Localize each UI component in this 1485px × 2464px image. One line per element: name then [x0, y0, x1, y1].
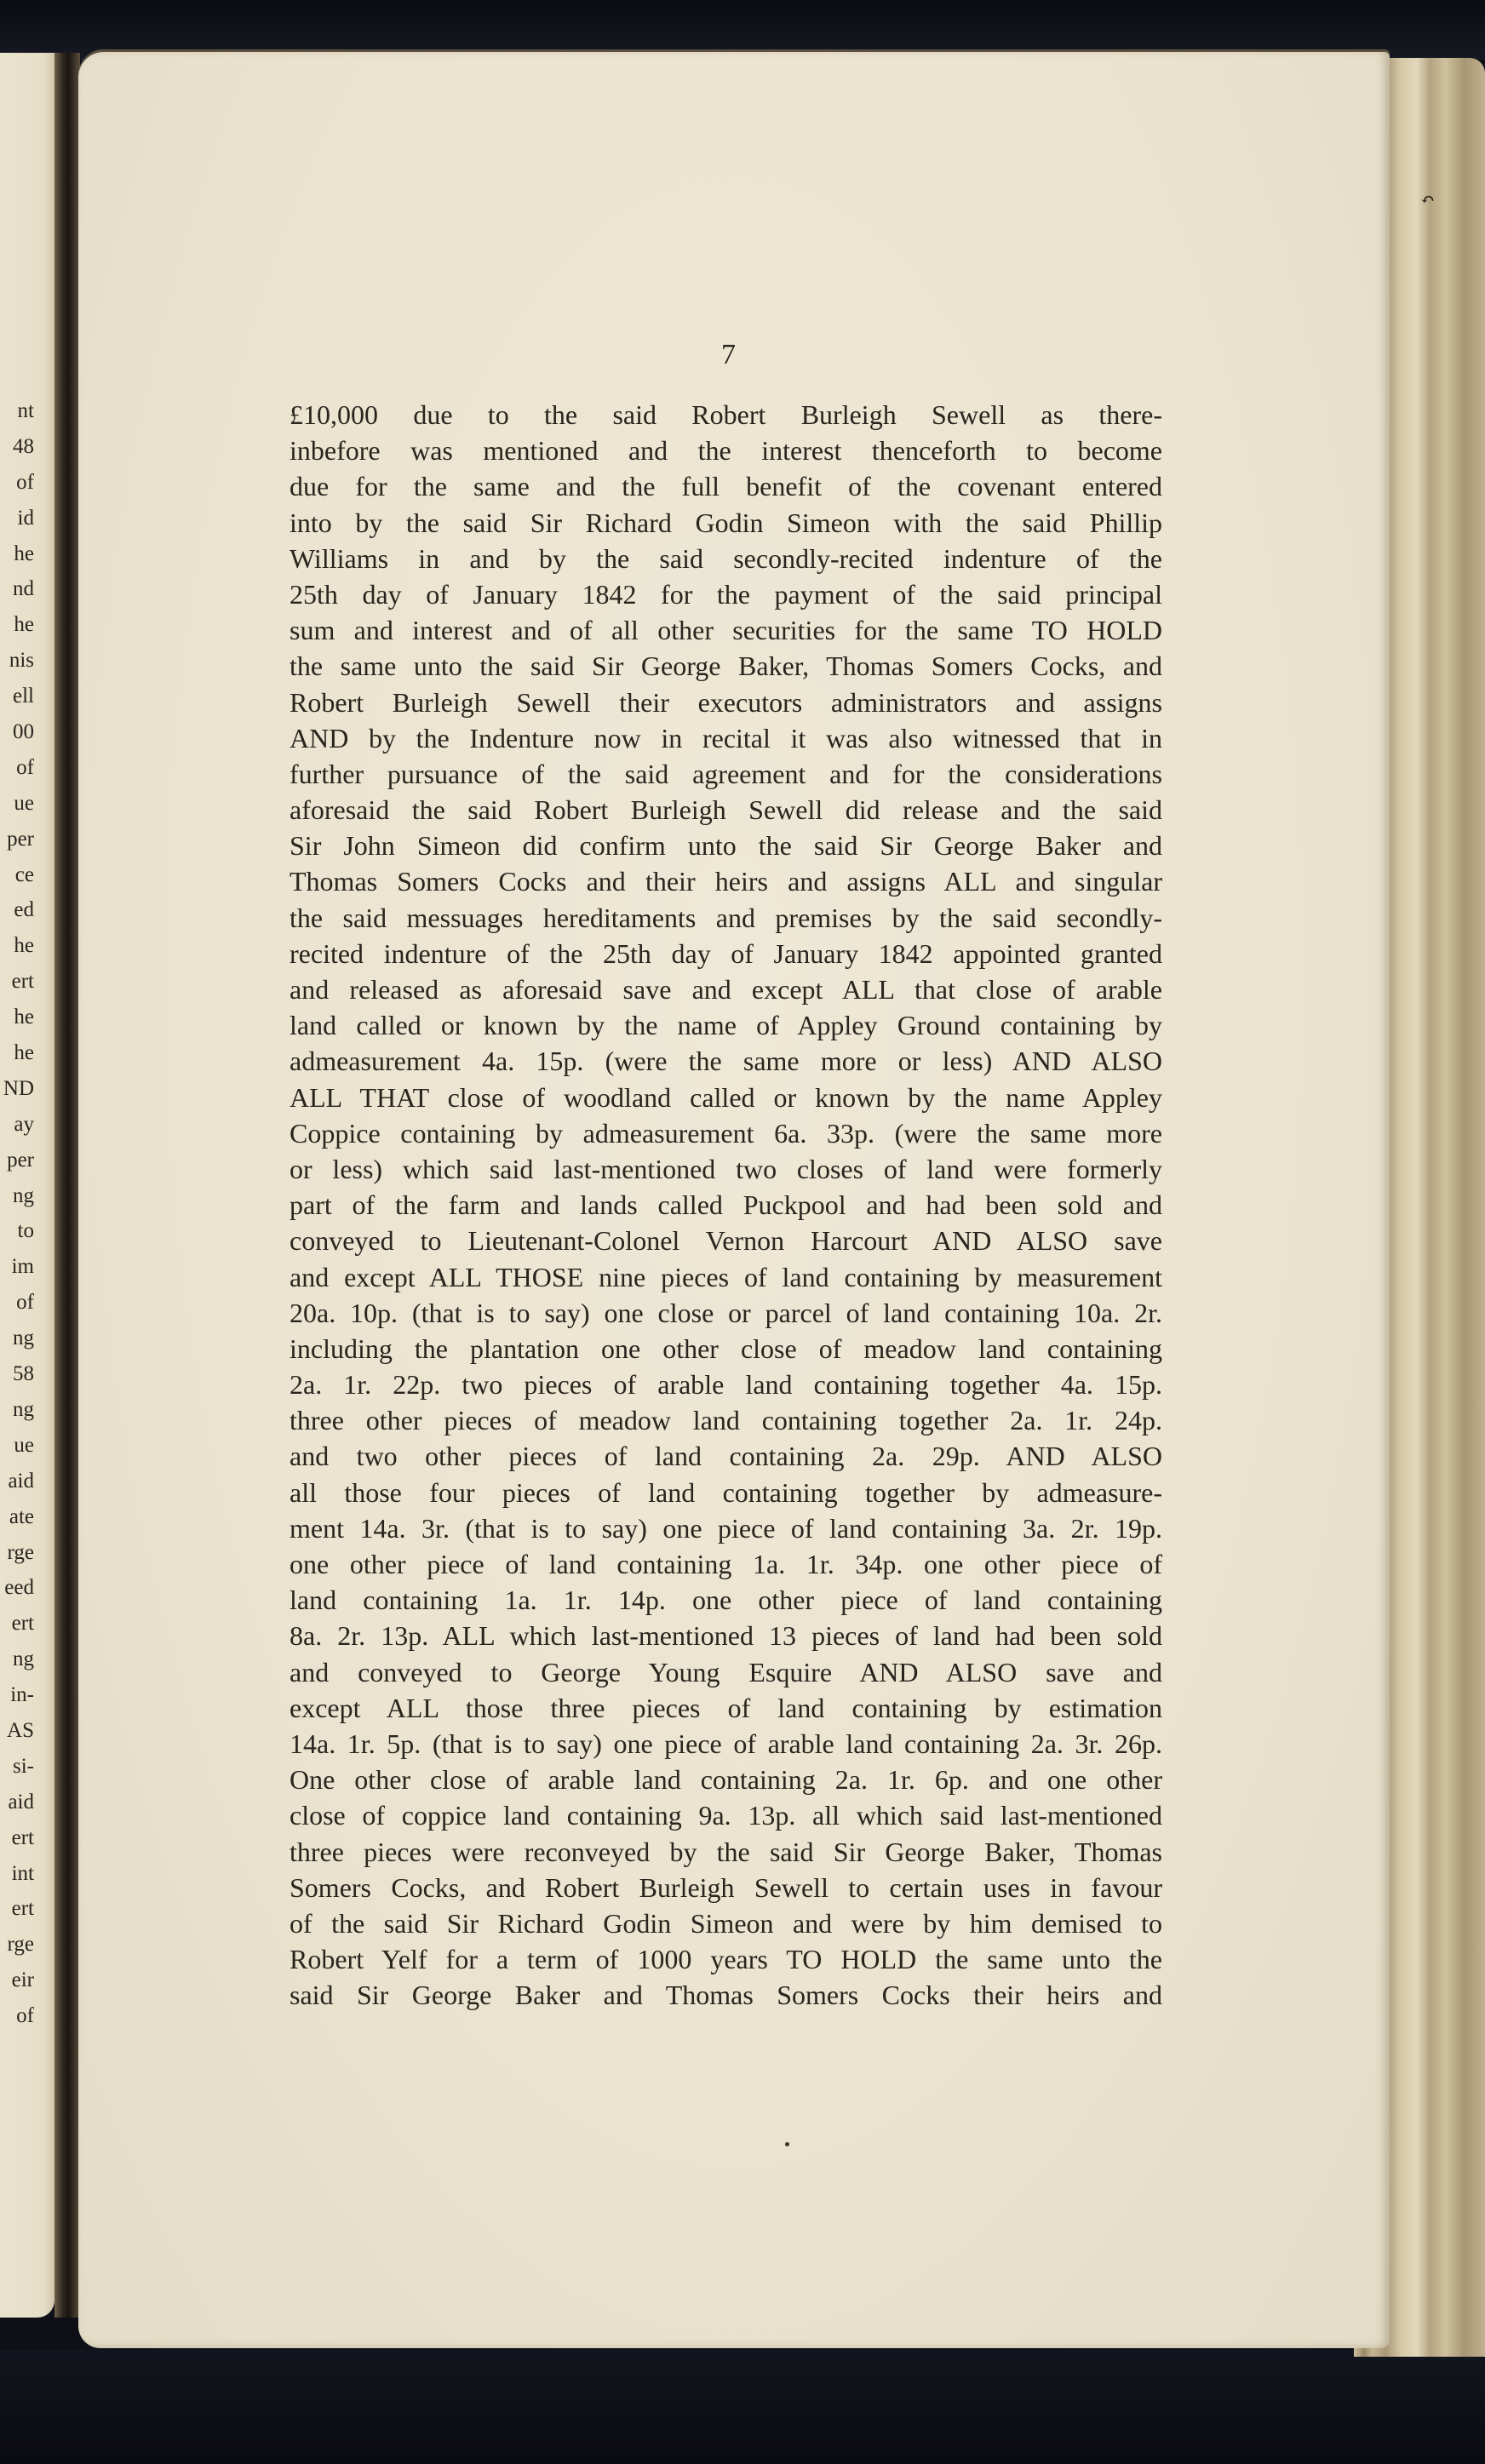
- text-line: Sir John Simeon did confirm unto the sai…: [290, 828, 1162, 863]
- text-line: land called or known by the name of Appl…: [290, 1007, 1162, 1043]
- previous-page-line-fragment: ert: [0, 1891, 34, 1927]
- text-line: and except ALL THOSE nine pieces of land…: [290, 1259, 1162, 1295]
- text-line: ment 14a. 3r. (that is to say) one piece…: [290, 1510, 1162, 1546]
- text-line: said Sir George Baker and Thomas Somers …: [290, 1977, 1162, 2013]
- text-line: further pursuance of the said agreement …: [290, 756, 1162, 792]
- previous-page-line-fragment: he: [0, 1000, 34, 1035]
- text-line: or less) which said last-mentioned two c…: [290, 1151, 1162, 1187]
- text-line: Robert Yelf for a term of 1000 years TO …: [290, 1941, 1162, 1977]
- text-line: Coppice containing by admeasurement 6a. …: [290, 1115, 1162, 1151]
- text-line: due for the same and the full benefit of…: [290, 468, 1162, 504]
- previous-page-line-fragment: ng: [0, 1321, 34, 1356]
- previous-page-line-fragment: per: [0, 1143, 34, 1178]
- previous-page-line-fragment: AS: [0, 1713, 34, 1749]
- previous-page-line-fragment: nis: [0, 643, 34, 679]
- text-line: one other piece of land containing 1a. 1…: [290, 1546, 1162, 1582]
- previous-page-line-fragment: eed: [0, 1570, 34, 1606]
- previous-page-line-fragment: eir: [0, 1963, 34, 1998]
- previous-page-line-fragment: ate: [0, 1499, 34, 1535]
- text-line: 8a. 2r. 13p. ALL which last-mentioned 13…: [290, 1618, 1162, 1653]
- previous-page-line-fragment: ert: [0, 1606, 34, 1642]
- previous-page-line-fragment: of: [0, 465, 34, 501]
- text-line: and two other pieces of land containing …: [290, 1438, 1162, 1474]
- text-line: 20a. 10p. (that is to say) one close or …: [290, 1295, 1162, 1331]
- page-edge-mark: ↶: [1420, 189, 1435, 210]
- previous-page-line-fragment: ed: [0, 892, 34, 928]
- previous-page-line-fragment: rge: [0, 1927, 34, 1963]
- previous-page-line-fragment: ert: [0, 1820, 34, 1856]
- previous-page-line-fragment: he: [0, 536, 34, 572]
- previous-page-line-fragment: ce: [0, 857, 34, 893]
- previous-page-line-fragment: of: [0, 1998, 34, 2034]
- text-line: Williams in and by the said secondly-rec…: [290, 541, 1162, 576]
- previous-page-line-fragment: he: [0, 607, 34, 643]
- body-text: £10,000 due to the said Robert Burleigh …: [290, 397, 1162, 2013]
- previous-page-line-fragment: 00: [0, 714, 34, 750]
- text-line: including the plantation one other close…: [290, 1331, 1162, 1367]
- page-number: 7: [721, 339, 736, 371]
- text-line: part of the farm and lands called Puckpo…: [290, 1187, 1162, 1223]
- previous-page-line-fragment: ay: [0, 1107, 34, 1143]
- text-line: recited indenture of the 25th day of Jan…: [290, 936, 1162, 971]
- previous-page-line-fragment: 48: [0, 429, 34, 465]
- book-gutter: [54, 53, 80, 2318]
- previous-page-line-fragment: ue: [0, 786, 34, 822]
- previous-page-line-fragment: ng: [0, 1392, 34, 1428]
- previous-page-line-fragment: aid: [0, 1464, 34, 1499]
- previous-page-line-fragment: 58: [0, 1356, 34, 1392]
- text-line: and released as aforesaid save and excep…: [290, 971, 1162, 1007]
- previous-page-line-fragment: nt: [0, 393, 34, 429]
- text-line: AND by the Indenture now in recital it w…: [290, 720, 1162, 756]
- text-line: sum and interest and of all other securi…: [290, 612, 1162, 648]
- document-page: 7 £10,000 due to the said Robert Burleig…: [78, 49, 1390, 2348]
- previous-page-line-fragment: per: [0, 822, 34, 857]
- text-line: and conveyed to George Young Esquire AND…: [290, 1654, 1162, 1690]
- text-line: 25th day of January 1842 for the payment…: [290, 576, 1162, 612]
- previous-page: nt48ofidhendhenisell00ofueperceedheerthe…: [0, 53, 54, 2318]
- text-line: Somers Cocks, and Robert Burleigh Sewell…: [290, 1870, 1162, 1905]
- previous-page-line-fragment: int: [0, 1856, 34, 1892]
- previous-page-line-fragment: ert: [0, 964, 34, 1000]
- book-cover-bottom: [0, 2350, 1485, 2464]
- previous-page-line-fragment: he: [0, 928, 34, 964]
- previous-page-line-fragment: rge: [0, 1535, 34, 1571]
- text-line: admeasurement 4a. 15p. (were the same mo…: [290, 1043, 1162, 1079]
- text-line: close of coppice land containing 9a. 13p…: [290, 1797, 1162, 1833]
- previous-page-line-fragment: aid: [0, 1785, 34, 1820]
- previous-page-line-fragment: im: [0, 1249, 34, 1285]
- previous-page-line-fragment: of: [0, 750, 34, 786]
- text-line: Robert Burleigh Sewell their executors a…: [290, 685, 1162, 720]
- ink-smudge: [785, 2142, 789, 2146]
- previous-page-line-fragment: ell: [0, 679, 34, 714]
- previous-page-line-fragment: he: [0, 1035, 34, 1071]
- text-line: all those four pieces of land containing…: [290, 1475, 1162, 1510]
- text-line: three other pieces of meadow land contai…: [290, 1402, 1162, 1438]
- text-line: Thomas Somers Cocks and their heirs and …: [290, 863, 1162, 899]
- previous-page-text: nt48ofidhendhenisell00ofueperceedheerthe…: [0, 393, 34, 2034]
- text-line: three pieces were reconveyed by the said…: [290, 1834, 1162, 1870]
- previous-page-line-fragment: in-: [0, 1677, 34, 1713]
- text-line: ALL THAT close of woodland called or kno…: [290, 1080, 1162, 1115]
- previous-page-line-fragment: nd: [0, 571, 34, 607]
- previous-page-line-fragment: of: [0, 1285, 34, 1321]
- previous-page-line-fragment: id: [0, 501, 34, 536]
- previous-page-line-fragment: si-: [0, 1749, 34, 1785]
- text-line: land containing 1a. 1r. 14p. one other p…: [290, 1582, 1162, 1618]
- previous-page-line-fragment: to: [0, 1213, 34, 1249]
- previous-page-line-fragment: ng: [0, 1642, 34, 1677]
- text-line: One other close of arable land containin…: [290, 1762, 1162, 1797]
- text-line: except ALL those three pieces of land co…: [290, 1690, 1162, 1726]
- text-line: aforesaid the said Robert Burleigh Sewel…: [290, 792, 1162, 828]
- text-line: 2a. 1r. 22p. two pieces of arable land c…: [290, 1367, 1162, 1402]
- text-line: the same unto the said Sir George Baker,…: [290, 648, 1162, 684]
- text-line: of the said Sir Richard Godin Simeon and…: [290, 1905, 1162, 1941]
- text-line: the said messuages hereditaments and pre…: [290, 900, 1162, 936]
- text-line: into by the said Sir Richard Godin Simeo…: [290, 505, 1162, 541]
- text-line: £10,000 due to the said Robert Burleigh …: [290, 397, 1162, 433]
- text-line: 14a. 1r. 5p. (that is to say) one piece …: [290, 1726, 1162, 1762]
- previous-page-line-fragment: ND: [0, 1071, 34, 1107]
- previous-page-line-fragment: ue: [0, 1428, 34, 1464]
- previous-page-line-fragment: ng: [0, 1178, 34, 1214]
- text-line: inbefore was mentioned and the interest …: [290, 433, 1162, 468]
- text-line: conveyed to Lieutenant-Colonel Vernon Ha…: [290, 1223, 1162, 1258]
